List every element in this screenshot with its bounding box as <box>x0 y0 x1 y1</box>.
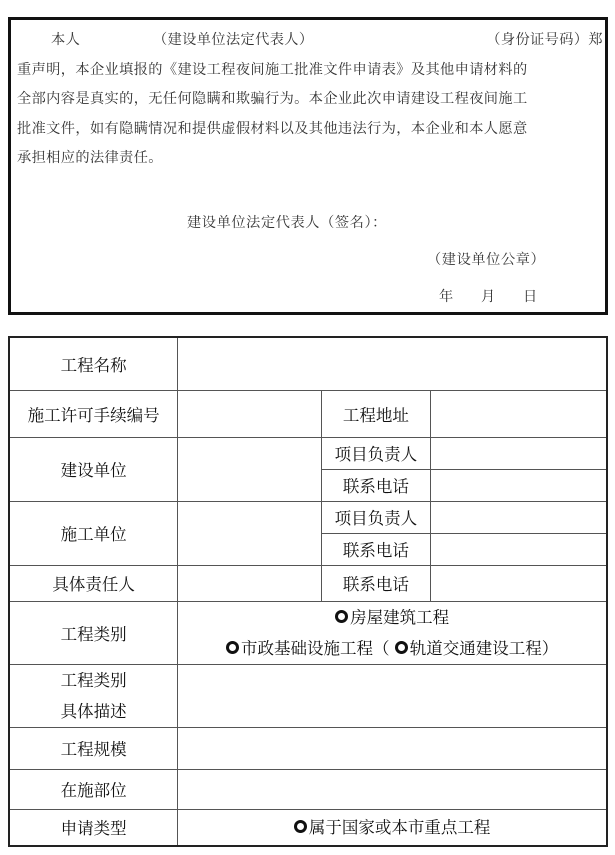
radio-circle-icon[interactable] <box>294 820 307 833</box>
project-category-options: 房屋建筑工程 市政基础设施工程（ 轨道交通建设工程） <box>178 601 607 664</box>
declaration-prefix: 本人 <box>51 26 80 56</box>
project-scale-field[interactable] <box>178 727 607 769</box>
table-row: 申请类型 属于国家或本市重点工程 <box>9 809 607 846</box>
project-address-field[interactable] <box>430 390 607 437</box>
contractor-phone-label: 联系电话 <box>321 533 430 565</box>
contractor-field[interactable] <box>178 501 322 565</box>
date-day: 日 <box>523 286 538 306</box>
option-municipal-infrastructure: 市政基础设施工程（ 轨道交通建设工程） <box>178 633 606 664</box>
project-category-label: 工程类别 <box>9 601 178 664</box>
radio-circle-icon[interactable] <box>335 610 348 623</box>
category-description-label: 工程类别具体描述 <box>9 664 178 727</box>
table-row: 建设单位 项目负责人 <box>9 437 607 469</box>
radio-circle-icon[interactable] <box>395 641 408 654</box>
option-key-project[interactable]: 属于国家或本市重点工程 <box>178 812 606 843</box>
builder-field[interactable] <box>178 437 322 501</box>
option-label: 属于国家或本市重点工程 <box>309 818 491 837</box>
responsible-person-field[interactable] <box>178 565 322 601</box>
declaration-line-3: 全部内容是真实的，无任何隐瞒和欺骗行为。本企业此次申请建设工程夜间施工 <box>17 85 603 115</box>
project-address-label: 工程地址 <box>321 390 430 437</box>
responsible-person-label: 具体责任人 <box>9 565 178 601</box>
project-name-label: 工程名称 <box>9 337 178 390</box>
application-form-table: 工程名称 施工许可手续编号 工程地址 建设单位 项目负责人 联系电话 施工单位 … <box>8 336 608 847</box>
table-row: 在施部位 <box>9 769 607 809</box>
option-municipal[interactable]: 市政基础设施工程（ <box>226 639 390 658</box>
current-section-label: 在施部位 <box>9 769 178 809</box>
builder-manager-label: 项目负责人 <box>321 437 430 469</box>
label-line-1: 工程类别 <box>61 671 127 690</box>
option-rail-transit[interactable]: 轨道交通建设工程） <box>390 639 559 658</box>
label-line-2: 具体描述 <box>61 702 127 721</box>
table-row: 施工许可手续编号 工程地址 <box>9 390 607 437</box>
legal-rep-placeholder: （建设单位法定代表人） <box>153 26 313 56</box>
declaration-line-1: 本人 （建设单位法定代表人） （身份证号码）郑 <box>17 26 603 56</box>
table-row: 施工单位 项目负责人 <box>9 501 607 533</box>
responsible-phone-field[interactable] <box>430 565 607 601</box>
current-section-field[interactable] <box>178 769 607 809</box>
project-scale-label: 工程规模 <box>9 727 178 769</box>
radio-circle-icon[interactable] <box>226 641 239 654</box>
declaration-line-5: 承担相应的法律责任。 <box>17 144 603 174</box>
contractor-manager-field[interactable] <box>430 501 607 533</box>
contractor-manager-label: 项目负责人 <box>321 501 430 533</box>
signature-label: 建设单位法定代表人（签名）： <box>187 212 387 232</box>
builder-phone-label: 联系电话 <box>321 469 430 501</box>
option-label: 轨道交通建设工程） <box>410 639 559 658</box>
date-year: 年 <box>439 286 454 306</box>
category-description-field[interactable] <box>178 664 607 727</box>
declaration-line-2: 重声明，本企业填报的《建设工程夜间施工批准文件申请表》及其他申请材料的 <box>17 56 603 86</box>
declaration-line-4: 批准文件，如有隐瞒情况和提供虚假材料以及其他违法行为，本企业和本人愿意 <box>17 115 603 145</box>
contractor-phone-field[interactable] <box>430 533 607 565</box>
table-row: 工程名称 <box>9 337 607 390</box>
table-row: 工程类别具体描述 <box>9 664 607 727</box>
date-month: 月 <box>481 286 496 306</box>
builder-label: 建设单位 <box>9 437 178 501</box>
project-name-field[interactable] <box>178 337 607 390</box>
table-row: 工程类别 房屋建筑工程 市政基础设施工程（ 轨道交通建设工程） <box>9 601 607 664</box>
option-label: 房屋建筑工程 <box>350 608 449 627</box>
declaration-box: 本人 （建设单位法定代表人） （身份证号码）郑 重声明，本企业填报的《建设工程夜… <box>8 17 608 315</box>
permit-number-field[interactable] <box>178 390 322 437</box>
option-label: 市政基础设施工程（ <box>241 639 390 658</box>
application-type-options: 属于国家或本市重点工程 <box>178 809 607 846</box>
permit-number-label: 施工许可手续编号 <box>9 390 178 437</box>
builder-phone-field[interactable] <box>430 469 607 501</box>
option-building-construction[interactable]: 房屋建筑工程 <box>178 602 606 633</box>
table-row: 工程规模 <box>9 727 607 769</box>
declaration-text: 本人 （建设单位法定代表人） （身份证号码）郑 重声明，本企业填报的《建设工程夜… <box>17 26 603 174</box>
builder-manager-field[interactable] <box>430 437 607 469</box>
table-row: 具体责任人 联系电话 <box>9 565 607 601</box>
seal-label: （建设单位公章） <box>427 249 545 269</box>
contractor-label: 施工单位 <box>9 501 178 565</box>
id-number-placeholder: （身份证号码）郑 <box>486 26 603 56</box>
responsible-phone-label: 联系电话 <box>321 565 430 601</box>
application-type-label: 申请类型 <box>9 809 178 846</box>
